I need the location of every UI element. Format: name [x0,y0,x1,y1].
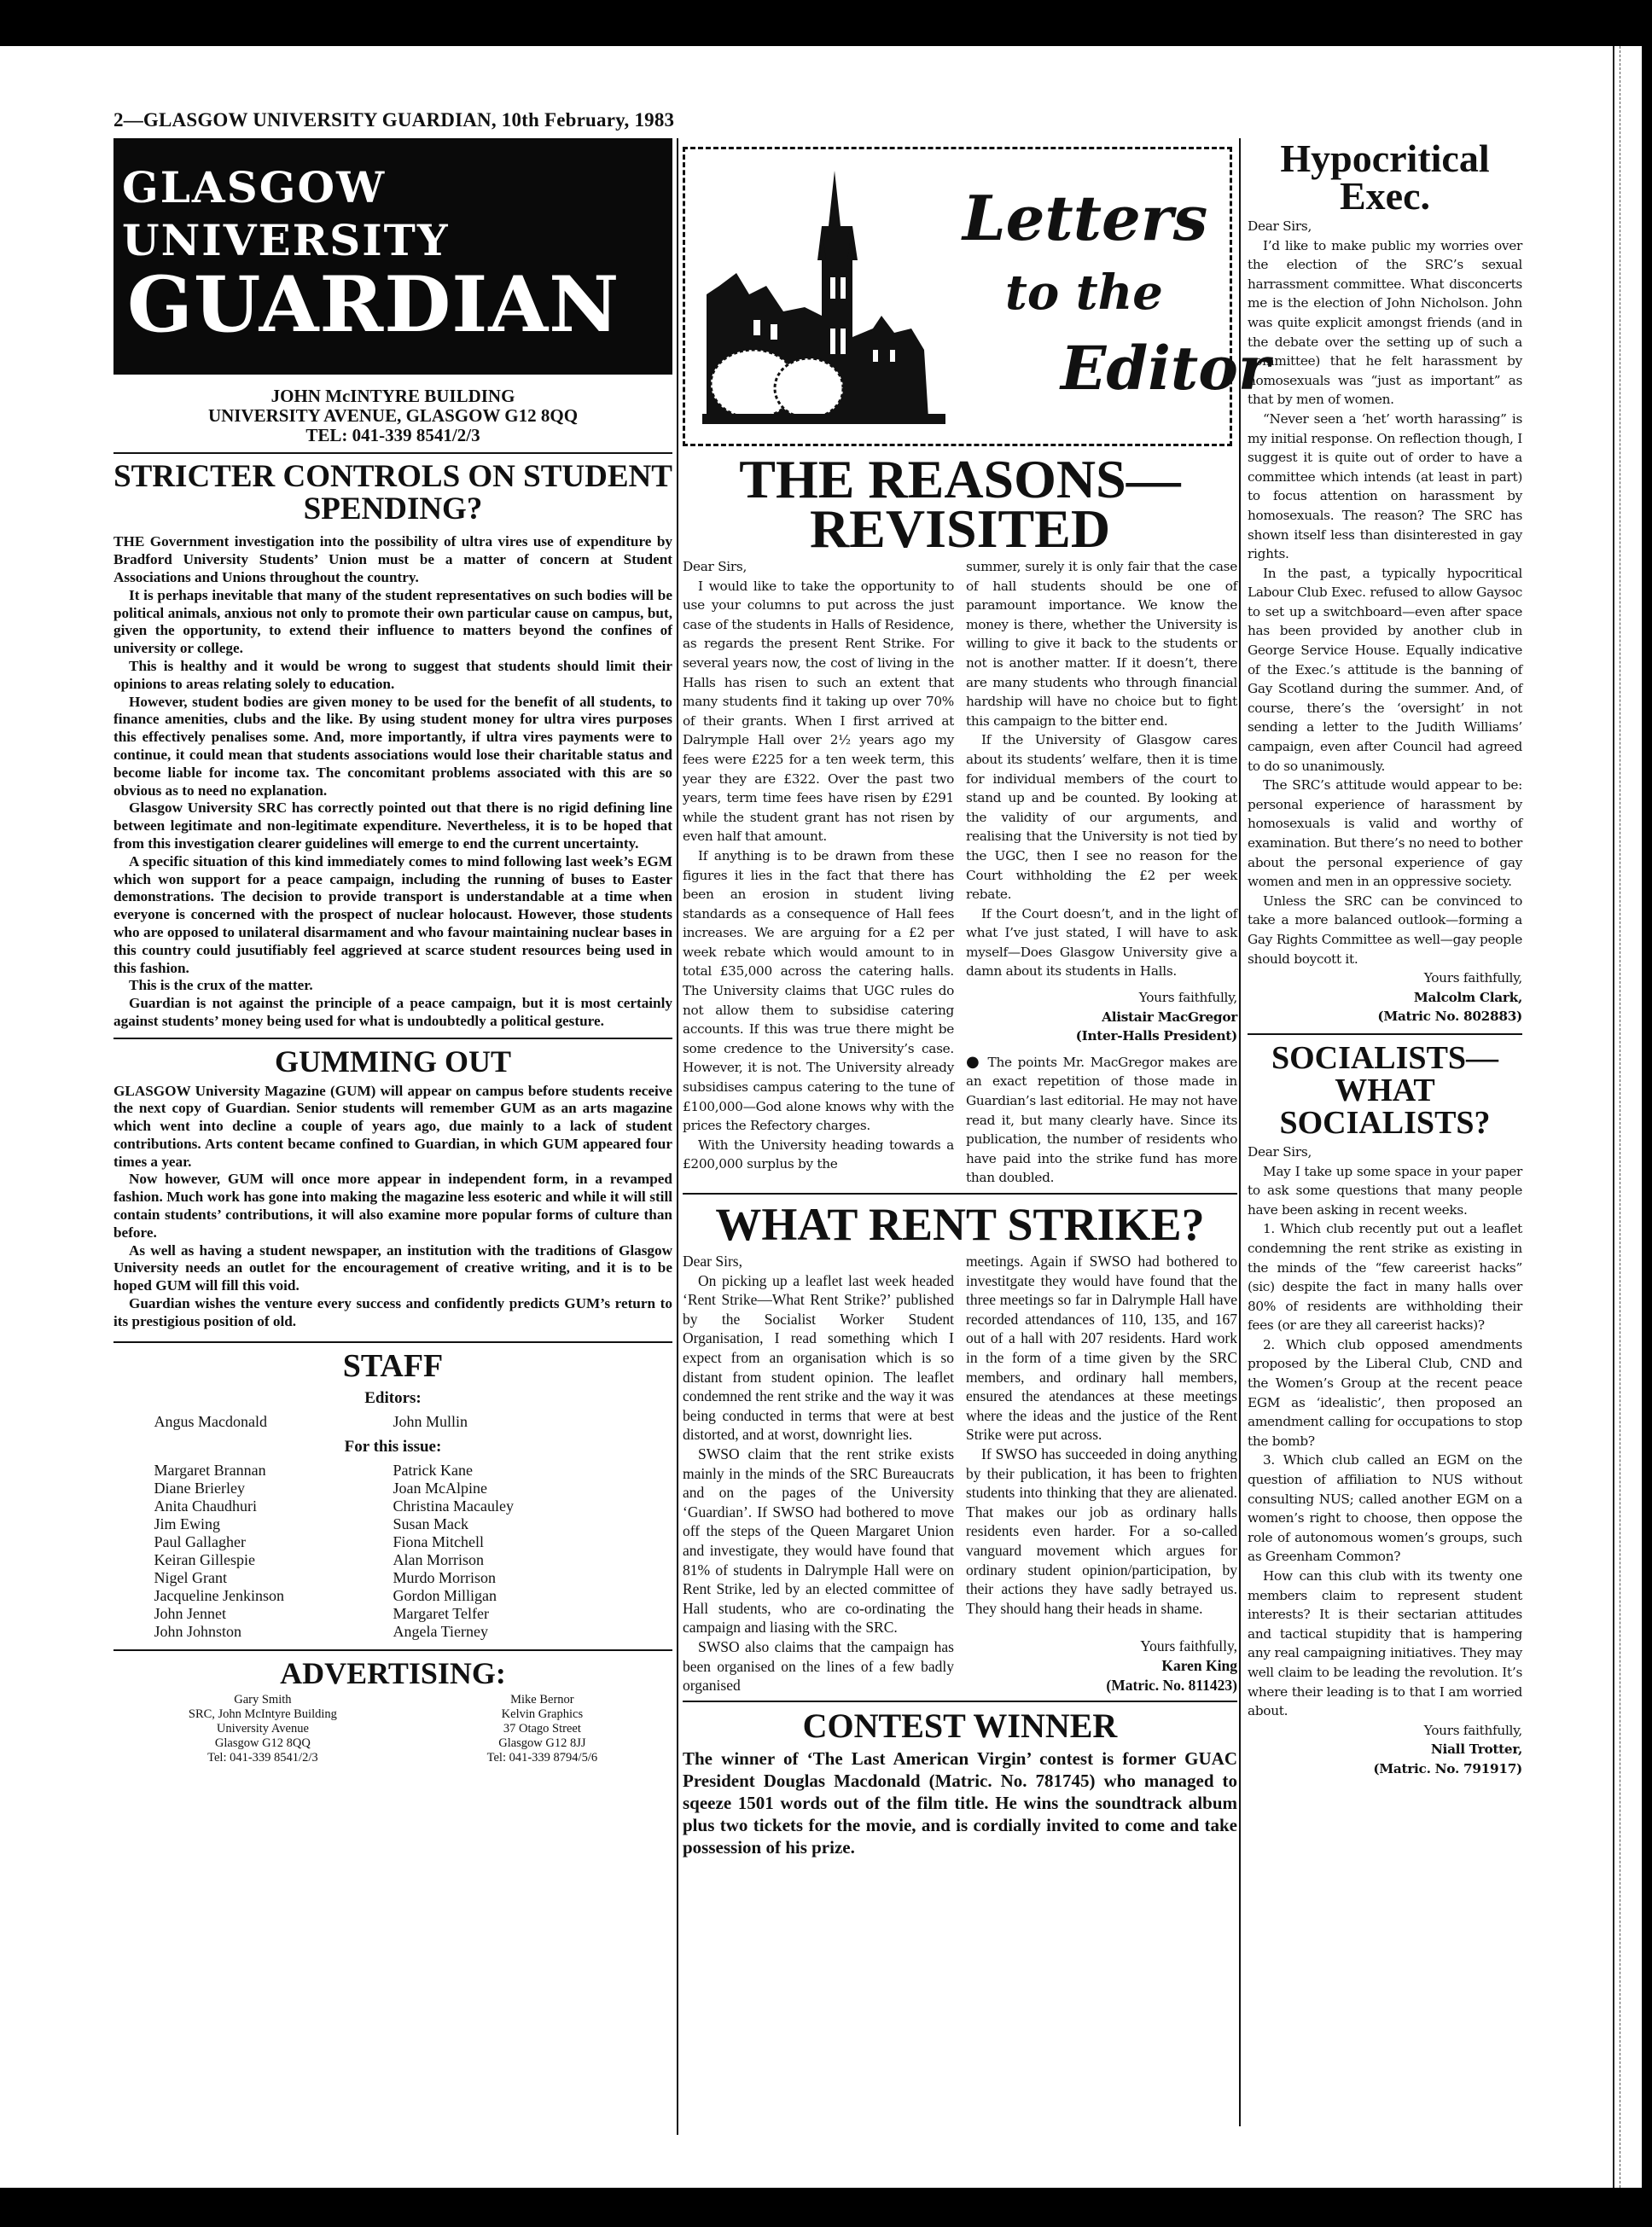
divider [683,1193,1237,1195]
letter-paragraph: May I take up some space in your paper t… [1248,1162,1522,1220]
socialists-letter: Dear Sirs, May I take up some space in y… [1248,1143,1522,1779]
contest-headline: CONTEST WINNER [683,1709,1237,1744]
scan-edge-fold [1613,46,1620,2188]
editorial-paragraph: However, student bodies are given money … [113,694,672,800]
staff-name: Susan Mack [393,1515,632,1533]
masthead-line-university: UNIVERSITY [122,215,450,265]
editorial-paragraph: A specific situation of this kind immedi… [113,853,672,978]
letter-paragraph: 2. Which club opposed amendments propose… [1248,1335,1522,1451]
bullet-icon: ● [966,1053,988,1071]
letter-paragraph: If the University of Glasgow cares about… [966,730,1237,904]
staff-name: John Johnston [154,1623,393,1641]
rent-strike-headline: WHAT RENT STRIKE? [683,1201,1237,1248]
staff-headline: STAFF [113,1350,672,1383]
signoff: Yours faithfully, [966,1637,1237,1656]
staff-name: Gordon Milligan [393,1587,632,1605]
staff-name: Patrick Kane [393,1462,632,1480]
page-folio: 2—GLASGOW UNIVERSITY GUARDIAN, 10th Febr… [113,109,674,131]
letter-salutation: Dear Sirs, [1248,1143,1522,1162]
editorial-headline: STRICTER CONTROLS ON STUDENT SPENDING? [113,461,672,525]
signatory-name: Alistair MacGregor [966,1008,1237,1027]
column-rule [1239,138,1241,2126]
editor-name: Angus Macdonald [154,1413,393,1431]
banner-editor-text: Editor [1061,333,1270,404]
editorial-paragraph: Guardian is not against the principle of… [113,995,672,1031]
signoff: Yours faithfully, [966,988,1237,1008]
staff-name: Jacqueline Jenkinson [154,1587,393,1605]
masthead-line-guardian: GUARDIAN [127,266,619,343]
letter-salutation: Dear Sirs, [1248,217,1522,236]
left-column: GLASGOW UNIVERSITY GUARDIAN JOHN McINTYR… [113,138,672,1765]
signatory-name: Karen King [966,1656,1237,1676]
editors-label: Editors: [113,1389,672,1408]
gumming-body: GLASGOW University Magazine (GUM) will a… [113,1083,672,1331]
gumming-paragraph: Guardian wishes the venture every succes… [113,1295,672,1331]
staff-name: Fiona Mitchell [393,1533,632,1551]
staff-name: Joan McAlpine [393,1480,632,1497]
staff-name: Diane Brierley [154,1480,393,1497]
editor-note: ● The points Mr. MacGregor makes are an … [966,1053,1237,1188]
contact-line: 37 Otago Street [487,1722,597,1736]
right-column: Hypocritical Exec. Dear Sirs, I’d like t… [1248,138,1522,1779]
editorial-paragraph: This is healthy and it would be wrong to… [113,658,672,694]
letter-signature: Yours faithfully, Alistair MacGregor (In… [966,988,1237,1046]
editorial-paragraph: Glasgow University SRC has correctly poi… [113,800,672,852]
letter-paragraph: How can this club with its twenty one me… [1248,1567,1522,1721]
editors-list: Angus Macdonald John Mullin [113,1413,672,1431]
letter-paragraph: If SWSO has succeeded in doing anything … [966,1445,1237,1618]
editor-note-text: The points Mr. MacGregor makes are an ex… [966,1055,1237,1186]
staff-column-1: Margaret Brannan Diane Brierley Anita Ch… [154,1462,393,1641]
advertising-headline: ADVERTISING: [113,1658,672,1689]
issue-staff-label: For this issue: [113,1438,672,1457]
banner-to-the-text: to the [1005,265,1163,321]
rent-strike-col-1: Dear Sirs, On picking up a leaflet last … [683,1252,954,1695]
editorial-paragraph: THE Government investigation into the po… [113,533,672,586]
staff-name: Margaret Telfer [393,1605,632,1623]
letter-paragraph: 3. Which club called an EGM on the quest… [1248,1451,1522,1567]
signoff: Yours faithfully, [1248,1721,1522,1741]
divider [1248,1033,1522,1035]
staff-name: John Jennet [154,1605,393,1623]
letter-paragraph: If the Court doesn’t, and in the light o… [966,904,1237,981]
letter-paragraph: On picking up a leaflet last week headed… [683,1271,954,1445]
hypocritical-headline: Hypocritical Exec. [1248,140,1522,215]
divider [113,1038,672,1039]
letter-paragraph: “Never seen a ‘het’ worth harassing” is … [1248,410,1522,564]
letter-signature: Yours faithfully, Niall Trotter, (Matric… [1248,1721,1522,1779]
editorial-paragraph: This is the crux of the matter. [113,977,672,995]
letter-paragraph: I’d like to make public my worries over … [1248,236,1522,410]
gumming-paragraph: Now however, GUM will once more appear i… [113,1171,672,1241]
masthead-line-glasgow: GLASGOW [122,162,386,212]
letter-signature: Yours faithfully, Malcolm Clark, (Matric… [1248,968,1522,1026]
hypocritical-letter: Dear Sirs, I’d like to make public my wo… [1248,217,1522,1026]
letter-paragraph: In the past, a typically hypocritical La… [1248,564,1522,776]
signoff: Yours faithfully, [1248,968,1522,988]
staff-name: Keiran Gillespie [154,1551,393,1569]
staff-name: Anita Chaudhuri [154,1497,393,1515]
staff-name: Margaret Brannan [154,1462,393,1480]
contact-line: Kelvin Graphics [487,1707,597,1722]
socialists-headline: SOCIALISTS— WHAT SOCIALISTS? [1248,1042,1522,1139]
letter-paragraph: If anything is to be drawn from these fi… [683,846,954,1136]
column-rule [677,138,678,2135]
divider [683,1701,1237,1702]
signatory-name: Malcolm Clark, [1248,988,1522,1008]
gumming-paragraph: As well as having a student newspaper, a… [113,1242,672,1295]
letter-paragraph: SWSO claim that the rent strike exists m… [683,1445,954,1637]
reasons-col-1: Dear Sirs, I would like to take the oppo… [683,557,954,1188]
reasons-col-2: summer, surely it is only fair that the … [966,557,1237,1188]
letter-paragraph: The SRC’s attitude would appear to be: p… [1248,776,1522,892]
signatory-matric: (Matric. No. 791917) [1248,1759,1522,1779]
staff-name: Paul Gallagher [154,1533,393,1551]
contact-line: University Avenue [189,1722,337,1736]
staff-column-2: Patrick Kane Joan McAlpine Christina Mac… [393,1462,632,1641]
contest-body: The winner of ‘The Last American Virgin’… [683,1747,1237,1858]
letter-paragraph-continued: summer, surely it is only fair that the … [966,557,1237,730]
contact-tel: Tel: 041-339 8541/2/3 [189,1751,337,1765]
advertising-contact-right: Mike Bernor Kelvin Graphics 37 Otago Str… [487,1693,597,1765]
university-building-illustration [702,166,945,427]
letter-salutation: Dear Sirs, [683,1252,954,1271]
letter-salutation: Dear Sirs, [683,557,954,577]
letter-paragraph: SWSO also claims that the campaign has b… [683,1637,954,1695]
staff-name: Christina Macauley [393,1497,632,1515]
letters-to-editor-banner: Letters to the Editor [683,147,1232,446]
masthead: GLASGOW UNIVERSITY GUARDIAN [113,138,672,375]
contact-tel: Tel: 041-339 8794/5/6 [487,1751,597,1765]
contact-line: Glasgow G12 8JJ [487,1736,597,1751]
staff-name: Jim Ewing [154,1515,393,1533]
gumming-headline: GUMMING OUT [113,1046,672,1078]
staff-name: Murdo Morrison [393,1569,632,1587]
editorial-body: THE Government investigation into the po… [113,533,672,1030]
contact-line: SRC, John McIntyre Building [189,1707,337,1722]
letter-paragraph: With the University heading towards a £2… [683,1136,954,1174]
signatory-name: Niall Trotter, [1248,1740,1522,1759]
masthead-address: JOHN McINTYRE BUILDING UNIVERSITY AVENUE… [113,387,672,445]
divider [113,1649,672,1651]
signatory-matric: (Matric No. 802883) [1248,1007,1522,1026]
letter-paragraph: I would like to take the opportunity to … [683,577,954,846]
reasons-headline: THE REASONS— REVISITED [683,455,1237,554]
middle-column: Letters to the Editor THE REASONS— REVIS… [683,138,1237,1858]
address-street: UNIVERSITY AVENUE, GLASGOW G12 8QQ [113,406,672,426]
letter-paragraph: 1. Which club recently put out a leaflet… [1248,1219,1522,1335]
contact-name: Mike Bernor [487,1693,597,1707]
address-tel: TEL: 041-339 8541/2/3 [113,426,672,445]
letter-signature: Yours faithfully, Karen King (Matric. No… [966,1637,1237,1695]
signatory-matric: (Matric. No. 811423) [966,1676,1237,1695]
letter-paragraph: Unless the SRC can be convinced to take … [1248,892,1522,968]
gumming-paragraph: GLASGOW University Magazine (GUM) will a… [113,1083,672,1172]
advertising-contact-left: Gary Smith SRC, John McIntyre Building U… [189,1693,337,1765]
staff-name: Angela Tierney [393,1623,632,1641]
divider [113,452,672,454]
editor-name: John Mullin [393,1413,632,1431]
address-building: JOHN McINTYRE BUILDING [113,387,672,406]
reasons-letter: Dear Sirs, I would like to take the oppo… [683,557,1237,1188]
rent-strike-letter: Dear Sirs, On picking up a leaflet last … [683,1252,1237,1695]
letter-paragraph-continued: meetings. Again if SWSO had bothered to … [966,1252,1237,1445]
advertising-contacts: Gary Smith SRC, John McIntyre Building U… [113,1693,672,1765]
staff-name: Nigel Grant [154,1569,393,1587]
rent-strike-col-2: meetings. Again if SWSO had bothered to … [966,1252,1237,1695]
issue-staff-list: Margaret Brannan Diane Brierley Anita Ch… [113,1462,672,1641]
contact-line: Glasgow G12 8QQ [189,1736,337,1751]
signatory-title: (Inter-Halls President) [966,1026,1237,1046]
contact-name: Gary Smith [189,1693,337,1707]
divider [113,1341,672,1343]
staff-name: Alan Morrison [393,1551,632,1569]
editorial-paragraph: It is perhaps inevitable that many of th… [113,587,672,658]
banner-letters-text: Letters [963,182,1207,254]
